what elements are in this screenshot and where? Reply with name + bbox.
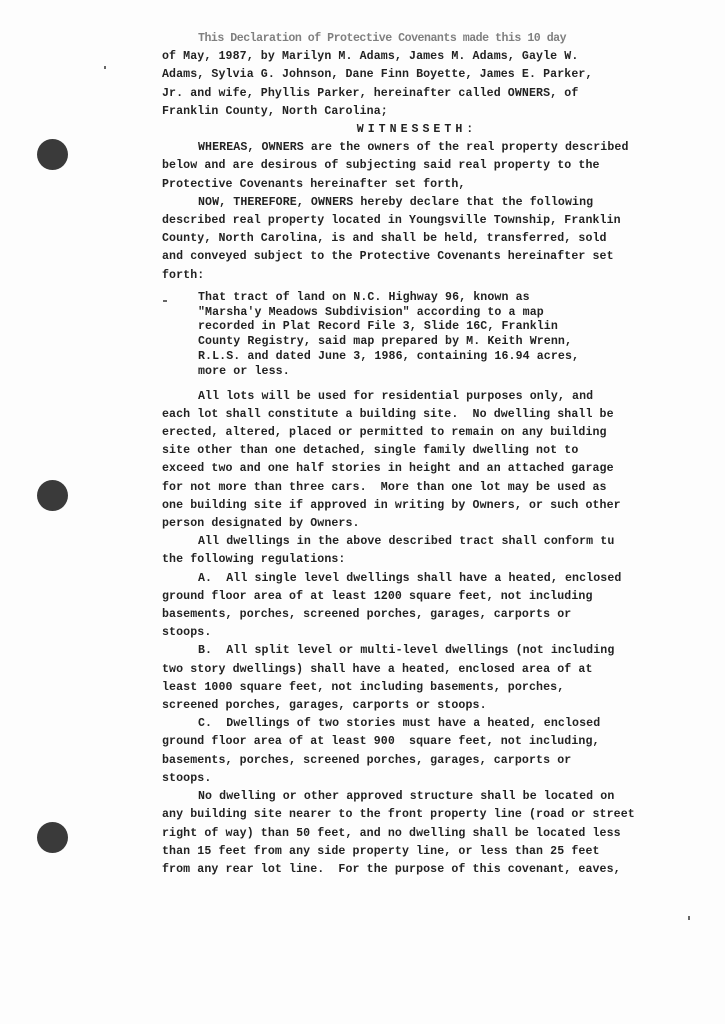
intro-paragraph: of May, 1987, by Marilyn M. Adams, James… — [162, 48, 652, 121]
lots-paragraph: All lots will be used for residential pu… — [162, 388, 652, 534]
regulation-b: B. All split level or multi-level dwelli… — [162, 642, 652, 715]
punch-hole — [37, 139, 68, 170]
tract-description: That tract of land on N.C. Highway 96, k… — [162, 291, 652, 380]
scanned-page: This Declaration of Protective Covenants… — [0, 0, 725, 1024]
regulation-a: A. All single level dwellings shall have… — [162, 570, 652, 643]
scan-speck — [104, 66, 106, 69]
now-therefore-paragraph: NOW, THEREFORE, OWNERS hereby declare th… — [162, 194, 652, 285]
setback-paragraph: No dwelling or other approved structure … — [162, 788, 652, 879]
witnesseth-heading: WITNESSETH: — [162, 121, 652, 139]
document-body: This Declaration of Protective Covenants… — [162, 30, 652, 879]
punch-hole — [37, 822, 68, 853]
regulation-c: C. Dwellings of two stories must have a … — [162, 715, 652, 788]
whereas-paragraph: WHEREAS, OWNERS are the owners of the re… — [162, 139, 652, 194]
punch-hole — [37, 480, 68, 511]
scan-speck — [688, 916, 690, 920]
dwellings-paragraph: All dwellings in the above described tra… — [162, 533, 652, 569]
cut-off-line: This Declaration of Protective Covenants… — [162, 30, 652, 48]
